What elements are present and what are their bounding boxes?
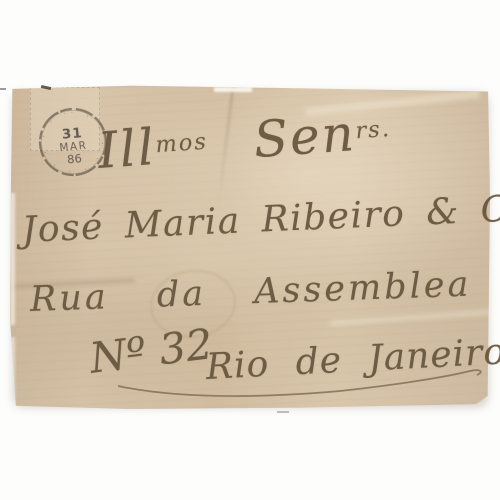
postmark-year: 86 <box>67 151 83 166</box>
paper-edge-highlight <box>10 193 15 325</box>
paper-crease <box>330 309 495 325</box>
photo-frame: · · · · · · · · · · · · · 31 MAR 86 Illm… <box>0 0 500 500</box>
paper-glint <box>214 87 252 92</box>
salutation-superscript: rs. <box>355 116 392 144</box>
salutation-text: Ill <box>96 118 158 180</box>
photo-artifact-mark <box>0 88 6 90</box>
paper-edge-highlight <box>10 337 15 415</box>
photo-artifact-mark <box>277 411 289 413</box>
number-prefix: Nº <box>87 327 149 383</box>
salutation-superscript: mos <box>155 129 209 159</box>
salutation-text: Sen <box>252 104 358 169</box>
word-gap <box>209 157 255 160</box>
